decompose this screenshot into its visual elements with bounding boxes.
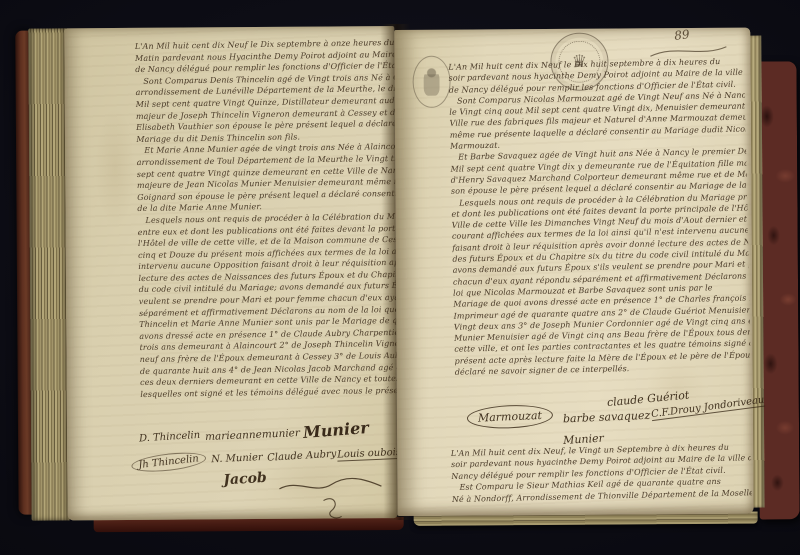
marriage-act-marmouzat-savaquez: L'An Mil huit cent dix Neuf le Dix huit … <box>448 56 751 378</box>
ink-bleed-through <box>95 108 136 228</box>
signature-nicolas-munier: N. Munier <box>211 452 263 465</box>
seated-figure-embossed-stamp-icon <box>412 56 450 108</box>
marriage-act-thincelin-munier: L'An Mil huit cent dix Neuf le Dix septe… <box>135 37 403 400</box>
page-edges-left <box>28 28 69 520</box>
page-number: 89 <box>674 27 691 43</box>
stamp-seated-figure <box>424 68 440 96</box>
signature-jacob: Jacob <box>223 470 267 489</box>
photo-background: L'An Mil huit cent dix Neuf le Dix septe… <box>0 0 800 555</box>
marriage-act-keil-beginning: L'An Mil huit cent dix Neuf, le Vingt un… <box>451 441 752 505</box>
paper-stain <box>267 456 357 507</box>
registry-book: L'An Mil huit cent dix Neuf le Dix septe… <box>12 19 798 544</box>
